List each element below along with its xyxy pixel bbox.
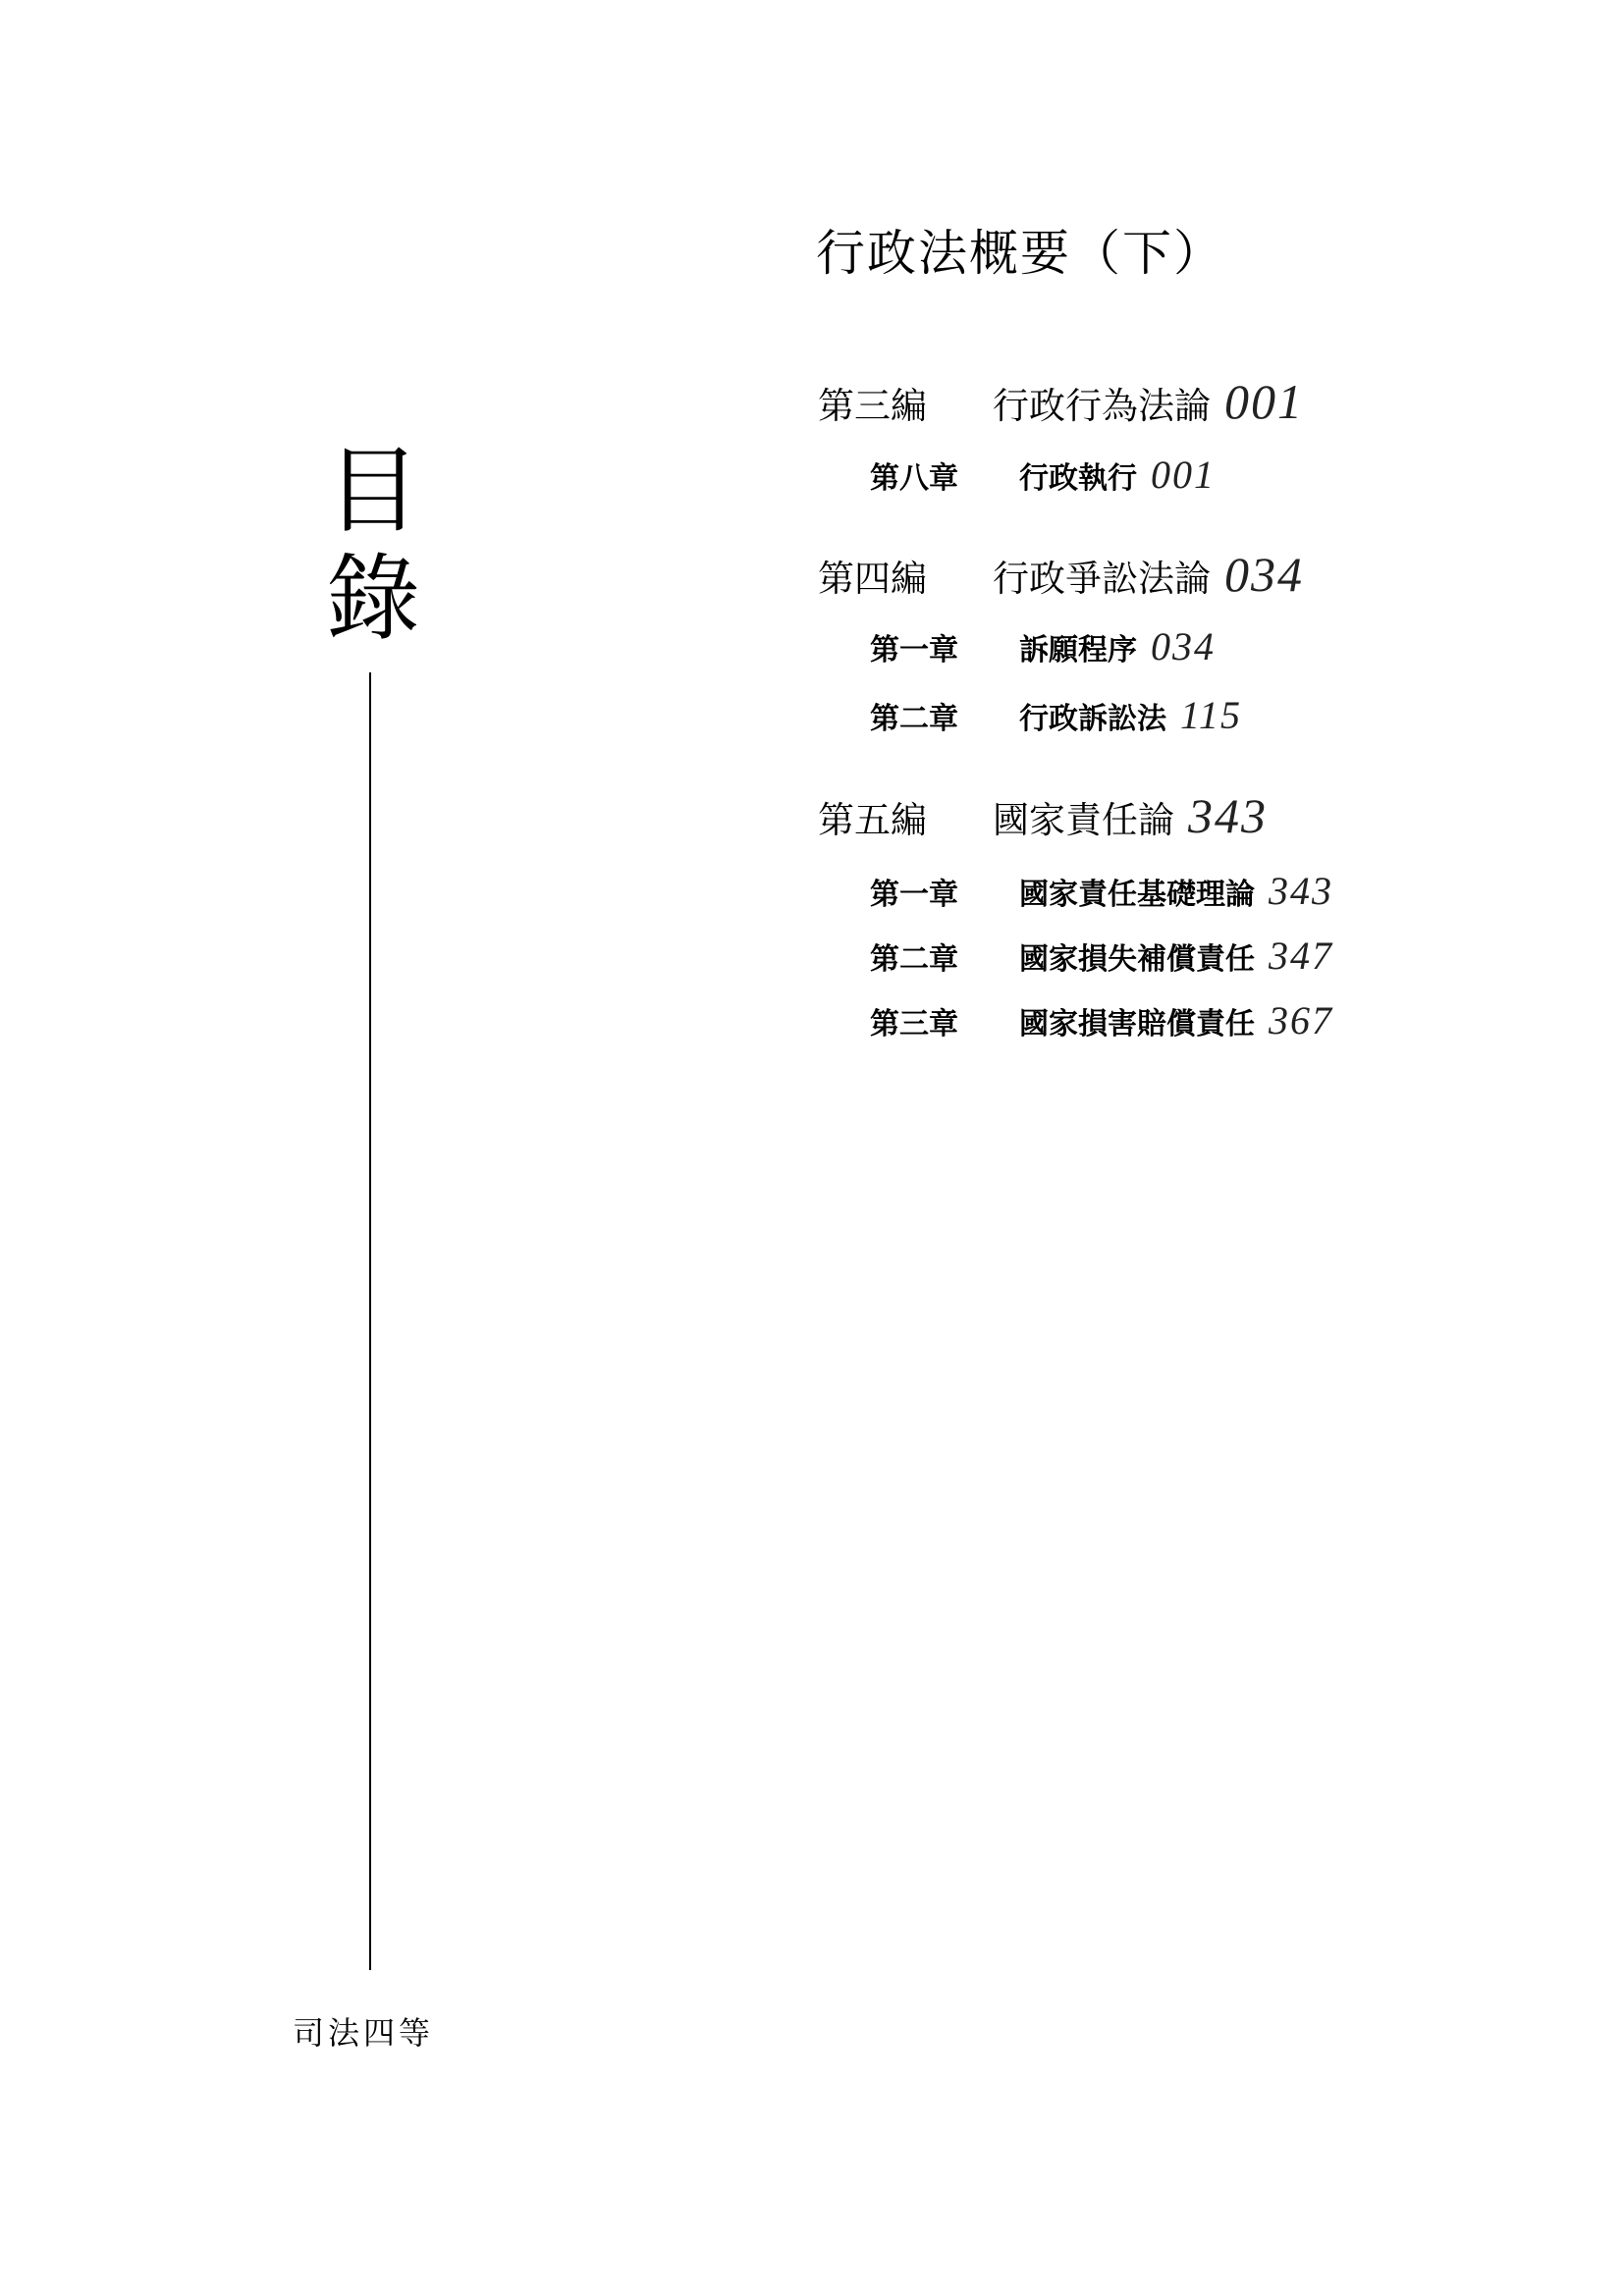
toc-part-4[interactable]: 第四編 行政爭訟法論 034 [818, 546, 1304, 603]
toc-chapter[interactable]: 第二章 國家損失補償責任 347 [870, 933, 1333, 979]
page-number: 343 [1188, 787, 1268, 844]
part-label: 第五編 [818, 790, 993, 843]
toc-part-5[interactable]: 第五編 國家責任論 343 [818, 787, 1268, 844]
chapter-title: 訴願程序 [1019, 625, 1137, 668]
part-title: 行政爭訟法論 [993, 549, 1211, 602]
chapter-title: 行政訴訟法 [1019, 694, 1166, 737]
page-number: 367 [1269, 997, 1333, 1043]
contents-heading-char-1: 目 [324, 444, 422, 538]
book-title: 行政法概要（下） [816, 214, 1224, 285]
part-title: 行政行為法論 [993, 376, 1211, 429]
contents-heading-char-2: 錄 [324, 552, 422, 646]
toc-part-3[interactable]: 第三編 行政行為法論 001 [818, 373, 1304, 430]
toc-chapter[interactable]: 第三章 國家損害賠償責任 367 [870, 997, 1333, 1043]
chapter-title: 國家損失補償責任 [1019, 934, 1255, 978]
chapter-label: 第一章 [870, 625, 1019, 668]
toc-chapter[interactable]: 第八章 行政執行 001 [870, 452, 1216, 498]
page-number: 115 [1180, 692, 1242, 738]
part-title: 國家責任論 [993, 790, 1174, 843]
vertical-divider-line [369, 672, 371, 1970]
toc-chapter[interactable]: 第一章 國家責任基礎理論 343 [870, 868, 1333, 914]
chapter-label: 第八章 [870, 454, 1019, 497]
part-label: 第三編 [818, 376, 993, 429]
chapter-title: 國家責任基礎理論 [1019, 870, 1255, 913]
footer-exam-label: 司法四等 [293, 2008, 434, 2054]
chapter-title: 行政執行 [1019, 454, 1137, 497]
page-number: 034 [1151, 623, 1216, 669]
part-label: 第四編 [818, 549, 993, 602]
page-number: 347 [1269, 933, 1333, 979]
chapter-label: 第二章 [870, 934, 1019, 978]
page-number: 034 [1224, 546, 1304, 603]
chapter-label: 第三章 [870, 999, 1019, 1042]
page-number: 001 [1224, 373, 1304, 430]
toc-chapter[interactable]: 第一章 訴願程序 034 [870, 623, 1216, 669]
toc-chapter[interactable]: 第二章 行政訴訟法 115 [870, 692, 1242, 738]
page-number: 343 [1269, 868, 1333, 914]
chapter-label: 第二章 [870, 694, 1019, 737]
chapter-label: 第一章 [870, 870, 1019, 913]
chapter-title: 國家損害賠償責任 [1019, 999, 1255, 1042]
page-number: 001 [1151, 452, 1216, 498]
